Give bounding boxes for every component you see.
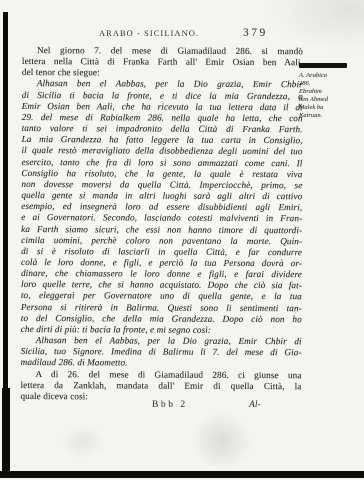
text-line: e ai Governatori. Secondo, lasciando cot… bbox=[21, 212, 302, 224]
text-line: il quale restò meravigliato della disobb… bbox=[22, 145, 303, 157]
margin-note-line: 286. bbox=[299, 80, 361, 88]
redaction-bar bbox=[299, 63, 347, 68]
text-line: Alhasan ben el Aabbas, per la Dio grazia… bbox=[22, 78, 303, 90]
running-header: ARABO - SICILIANO. bbox=[99, 29, 199, 38]
scan-edge-left-lower bbox=[2, 388, 10, 473]
scan-edge-bottom bbox=[0, 471, 364, 478]
margin-note: A. Arabica286.Ebrahimben AhmedMalek baKa… bbox=[299, 63, 361, 119]
text-line: di Sicilia ti bacia la fronte, e ti dice… bbox=[22, 90, 303, 102]
footer-signature: Bbb 2 bbox=[152, 399, 188, 410]
page-number: 379 bbox=[243, 27, 268, 39]
margin-note-line: ben Ahmed bbox=[299, 96, 361, 104]
text-line: madilaud 286. di Maometto. bbox=[21, 357, 302, 369]
footer-catchword: Al- bbox=[249, 399, 261, 410]
text-line: to, eleggerai per Governatore uno di que… bbox=[21, 290, 302, 302]
scan-smudge bbox=[60, 425, 106, 459]
margin-note-line: Malek ba bbox=[299, 104, 361, 112]
text-line: ka Farth siamo sicuri, che essi non hann… bbox=[21, 223, 302, 235]
scan-smudge bbox=[183, 402, 262, 480]
margin-note-line: Kairuan. bbox=[299, 112, 361, 120]
scanned-page: ARABO - SICILIANO. 379 Nel giorno 7. del… bbox=[0, 0, 364, 480]
text-line: Persona si ritirerà in Balirma. Questi s… bbox=[21, 302, 302, 314]
margin-note-line: A. Arabica bbox=[299, 72, 361, 80]
margin-note-lines: A. Arabica286.Ebrahimben AhmedMalek baKa… bbox=[299, 72, 361, 119]
text-line: A dì 26. del mese di Giamadilaud 286. ci… bbox=[21, 369, 302, 381]
margin-note-line: Ebrahim bbox=[299, 88, 361, 96]
text-line: esercito, tanto che fra di loro si sono … bbox=[21, 157, 302, 169]
body-text: Nel giorno 7. del mese di Giamadilaud 28… bbox=[20, 45, 303, 403]
